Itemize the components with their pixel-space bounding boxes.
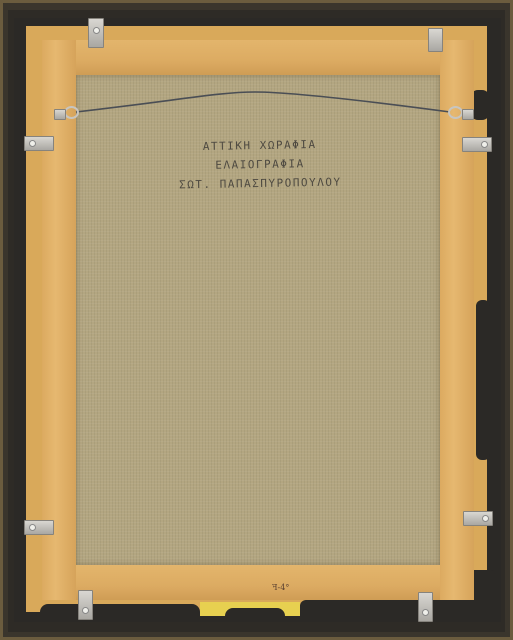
- retaining-clip-left-lower: [24, 520, 54, 535]
- retaining-clip-right-upper: [462, 137, 492, 152]
- d-ring-hanger-right: [448, 106, 463, 119]
- d-ring-hanger-left: [64, 106, 79, 119]
- retaining-clip-left-upper: [24, 136, 54, 151]
- retaining-clip-top-left: [88, 18, 104, 48]
- retaining-clip-right-lower: [463, 511, 493, 526]
- retaining-clip-bottom-left: [78, 590, 93, 620]
- hanging-wire: [0, 0, 513, 640]
- retaining-clip-bottom-right: [418, 592, 433, 622]
- retaining-clip-top-right: [428, 28, 443, 52]
- stretcher-pencil-mark: ꟻ-4°: [272, 583, 289, 592]
- d-ring-plate-right: [462, 109, 474, 120]
- d-ring-plate-left: [54, 109, 66, 120]
- framed-painting-back: ΑΤΤΙΚΗ ΧΩΡΑΦΙΑ ΕΛΑΙΟΓΡΑΦΙΑ ΣΩΤ. ΠΑΠΑΣΠΥΡ…: [0, 0, 513, 640]
